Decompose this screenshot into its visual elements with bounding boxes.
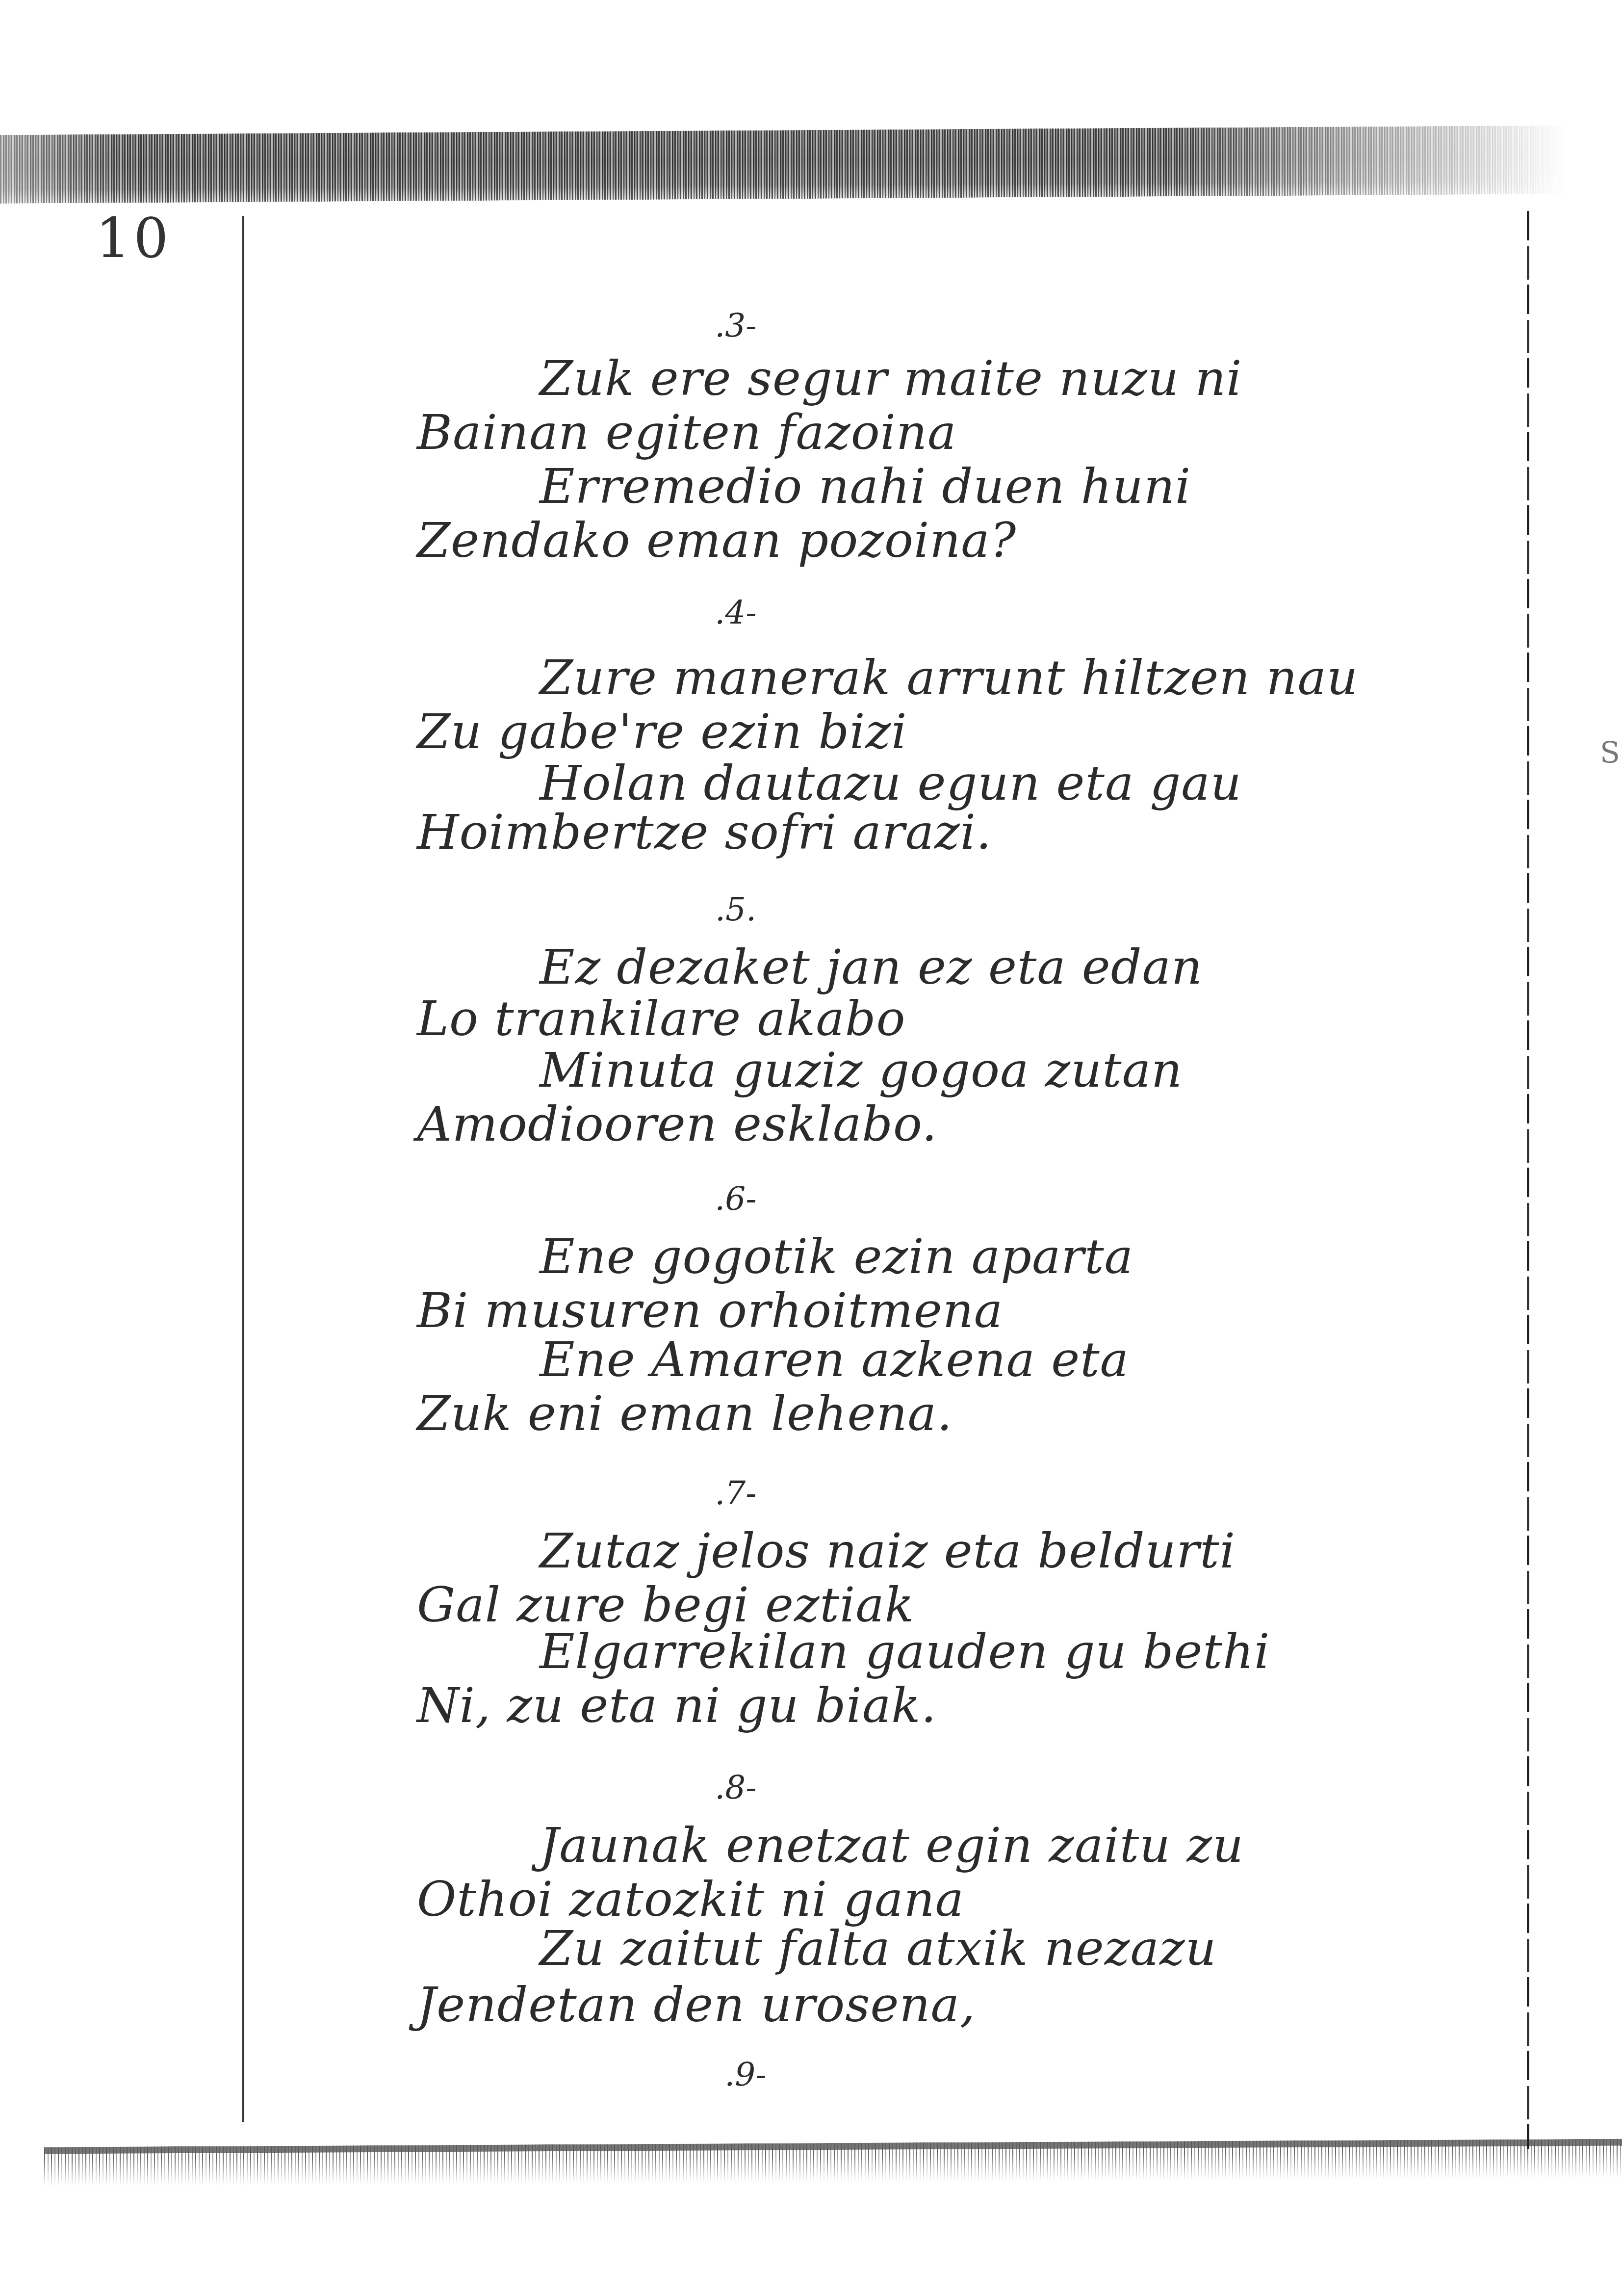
verse-line: Bi musuren orhoitmena [417,1283,1003,1339]
verse-line: Hoimbertze sofri arazi. [417,805,992,861]
verse-line: Zu zaitut falta atxik nezazu [540,1921,1217,1977]
verse-line: Jendetan den urosena, [417,1977,976,2033]
verse-line: Jaunak enetzat egin zaitu zu [540,1818,1244,1874]
verse-line: Ene Amaren azkena eta [540,1332,1129,1388]
stanza-number: .5. [687,890,785,928]
stanza-number: .3- [687,307,785,344]
verse-line: Bainan egiten fazoina [417,405,957,461]
stanza-number: .4- [687,594,785,631]
verse-line: Ni, zu eta ni gu biak. [417,1678,937,1734]
verse-line: Zure manerak arrunt hiltzen nau [540,650,1358,706]
verse-line: Zuk ere segur maite nuzu ni [540,351,1242,407]
verse-line: Minuta guziz gogoa zutan [540,1043,1183,1098]
stanza-number: .7- [687,1474,785,1512]
verse-line: Zutaz jelos naiz eta beldurti [540,1523,1236,1579]
verse-line: Ene gogotik ezin aparta [540,1229,1133,1285]
verse-line: Ez dezaket jan ez eta edan [540,939,1203,995]
stanza-number: .6- [687,1180,785,1218]
verse-line: Zuk eni eman lehena. [417,1386,953,1442]
stanza-number: .8- [687,1769,785,1806]
verse-line: Zu gabe're ezin bizi [417,704,907,760]
verse-line: Erremedio nahi duen huni [540,459,1191,515]
verse-line: Othoi zatozkit ni gana [417,1872,964,1928]
verse-line: Zendako eman pozoina? [417,513,1016,569]
verse-line: Holan dautazu egun eta gau [540,756,1242,811]
verse-line: Amodiooren esklabo. [417,1096,938,1152]
verse-line: Elgarrekilan gauden gu bethi [540,1624,1270,1680]
verse-line: Lo trankilare akabo [417,991,905,1047]
poem: .3- Zuk ere segur maite nuzu ni Bainan e… [0,0,1622,2296]
stanza-number: .9- [696,2056,795,2093]
